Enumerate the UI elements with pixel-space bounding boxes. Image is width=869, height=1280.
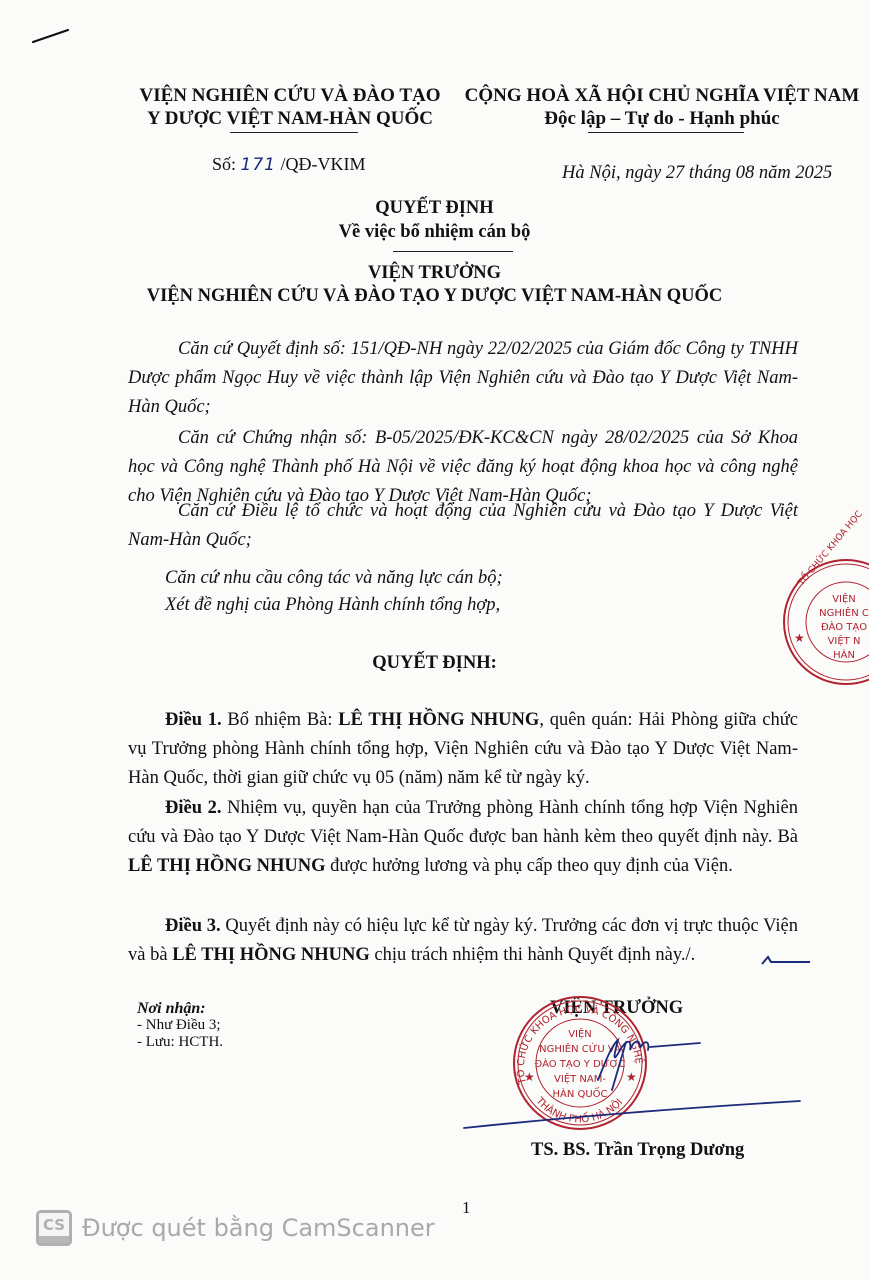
svg-text:HÀN QUỐC: HÀN QUỐC bbox=[552, 1086, 607, 1100]
appointee-name: LÊ THỊ HỒNG NHUNG bbox=[128, 856, 326, 876]
svg-text:★: ★ bbox=[524, 1070, 535, 1084]
handwritten-signature-icon bbox=[464, 1040, 800, 1128]
svg-text:VIỆN: VIỆN bbox=[832, 592, 856, 605]
recipient-item: - Như Điều 3; bbox=[137, 1017, 223, 1034]
recipients-heading: Nơi nhận: bbox=[137, 1000, 223, 1017]
article-3-label: Điều 3. bbox=[165, 916, 221, 936]
basis-4: Căn cứ nhu cầu công tác và năng lực cán … bbox=[165, 564, 835, 593]
svg-text:ĐÀO TẠO Y DƯỢC: ĐÀO TẠO Y DƯỢC bbox=[535, 1057, 626, 1070]
article-2-label: Điều 2. bbox=[165, 798, 222, 818]
issuing-organization: VIỆN NGHIÊN CỨU VÀ ĐÀO TẠO Y DƯỢC VIỆT N… bbox=[110, 84, 470, 130]
ink-overlay: VIỆN NGHIÊN C ĐÀO TẠO VIỆT N HÀN ★ TỔ CH… bbox=[0, 0, 869, 1280]
camscanner-watermark: CS Được quét bằng CamScanner bbox=[36, 1210, 435, 1246]
article-1: Điều 1. Bổ nhiệm Bà: LÊ THỊ HỒNG NHUNG, … bbox=[128, 706, 798, 793]
authority-organization: VIỆN NGHIÊN CỨU VÀ ĐÀO TẠO Y DƯỢC VIỆT N… bbox=[0, 286, 869, 307]
appointee-name: LÊ THỊ HỒNG NHUNG bbox=[338, 710, 539, 730]
subject-underline bbox=[393, 251, 513, 252]
basis-1: Căn cứ Quyết định số: 151/QĐ-NH ngày 22/… bbox=[128, 335, 798, 422]
svg-text:VIỆT N: VIỆT N bbox=[828, 634, 861, 647]
document-type: QUYẾT ĐỊNH bbox=[0, 198, 869, 219]
camscanner-logo-icon: CS bbox=[36, 1210, 72, 1246]
article-3: Điều 3. Quyết định này có hiệu lực kể từ… bbox=[128, 912, 798, 970]
svg-text:VIỆT NAM-: VIỆT NAM- bbox=[554, 1072, 606, 1085]
document-subject: Về việc bổ nhiệm cán bộ bbox=[0, 222, 869, 243]
nation-motto: Độc lập – Tự do - Hạnh phúc bbox=[462, 107, 862, 130]
national-header: CỘNG HOÀ XÃ HỘI CHỦ NGHĨA VIỆT NAM Độc l… bbox=[462, 84, 862, 130]
place-date: Hà Nội, ngày 27 tháng 08 năm 2025 bbox=[562, 163, 832, 184]
authority-title: VIỆN TRƯỞNG bbox=[0, 263, 869, 284]
basis-5: Xét đề nghị của Phòng Hành chính tổng hợ… bbox=[165, 591, 835, 620]
recipient-item: - Lưu: HCTH. bbox=[137, 1034, 223, 1051]
recipients-block: Nơi nhận: - Như Điều 3; - Lưu: HCTH. bbox=[137, 1000, 223, 1051]
article-1-label: Điều 1. bbox=[165, 710, 222, 730]
document-number: Số: 171 /QĐ-VKIM bbox=[212, 154, 365, 175]
watermark-text: Được quét bằng CamScanner bbox=[82, 1214, 435, 1242]
document-page: VIỆN NGHIÊN CỨU VÀ ĐÀO TẠO Y DƯỢC VIỆT N… bbox=[0, 0, 869, 1280]
svg-text:THÀNH PHỐ HÀ NỘI: THÀNH PHỐ HÀ NỘI bbox=[533, 1095, 625, 1126]
page-number: 1 bbox=[462, 1198, 471, 1218]
org-underline bbox=[230, 132, 358, 133]
svg-text:NGHIÊN CỨU VÀ: NGHIÊN CỨU VÀ bbox=[539, 1042, 621, 1055]
svg-text:★: ★ bbox=[626, 1070, 637, 1084]
svg-text:ĐÀO TẠO: ĐÀO TẠO bbox=[821, 620, 867, 633]
handwritten-number: 171 bbox=[241, 155, 276, 175]
org-line-1: VIỆN NGHIÊN CỨU VÀ ĐÀO TẠO bbox=[110, 84, 470, 107]
motto-underline bbox=[588, 132, 744, 133]
basis-3: Căn cứ Điều lệ tổ chức và hoạt động của … bbox=[128, 497, 798, 555]
pen-mark-icon bbox=[33, 30, 68, 42]
signer-title: VIỆN TRƯỞNG bbox=[550, 998, 683, 1019]
number-prefix: Số: bbox=[212, 154, 236, 174]
decision-heading: QUYẾT ĐỊNH: bbox=[0, 653, 869, 674]
number-suffix: /QĐ-VKIM bbox=[280, 154, 365, 174]
article-2: Điều 2. Nhiệm vụ, quyền hạn của Trưởng p… bbox=[128, 794, 798, 881]
svg-text:★: ★ bbox=[794, 631, 805, 645]
org-line-2: Y DƯỢC VIỆT NAM-HÀN QUỐC bbox=[110, 107, 470, 130]
nation-line-1: CỘNG HOÀ XÃ HỘI CHỦ NGHĨA VIỆT NAM bbox=[462, 84, 862, 107]
svg-text:VIỆN: VIỆN bbox=[568, 1027, 592, 1040]
appointee-name: LÊ THỊ HỒNG NHUNG bbox=[172, 945, 370, 965]
signer-name: TS. BS. Trần Trọng Dương bbox=[531, 1140, 744, 1161]
